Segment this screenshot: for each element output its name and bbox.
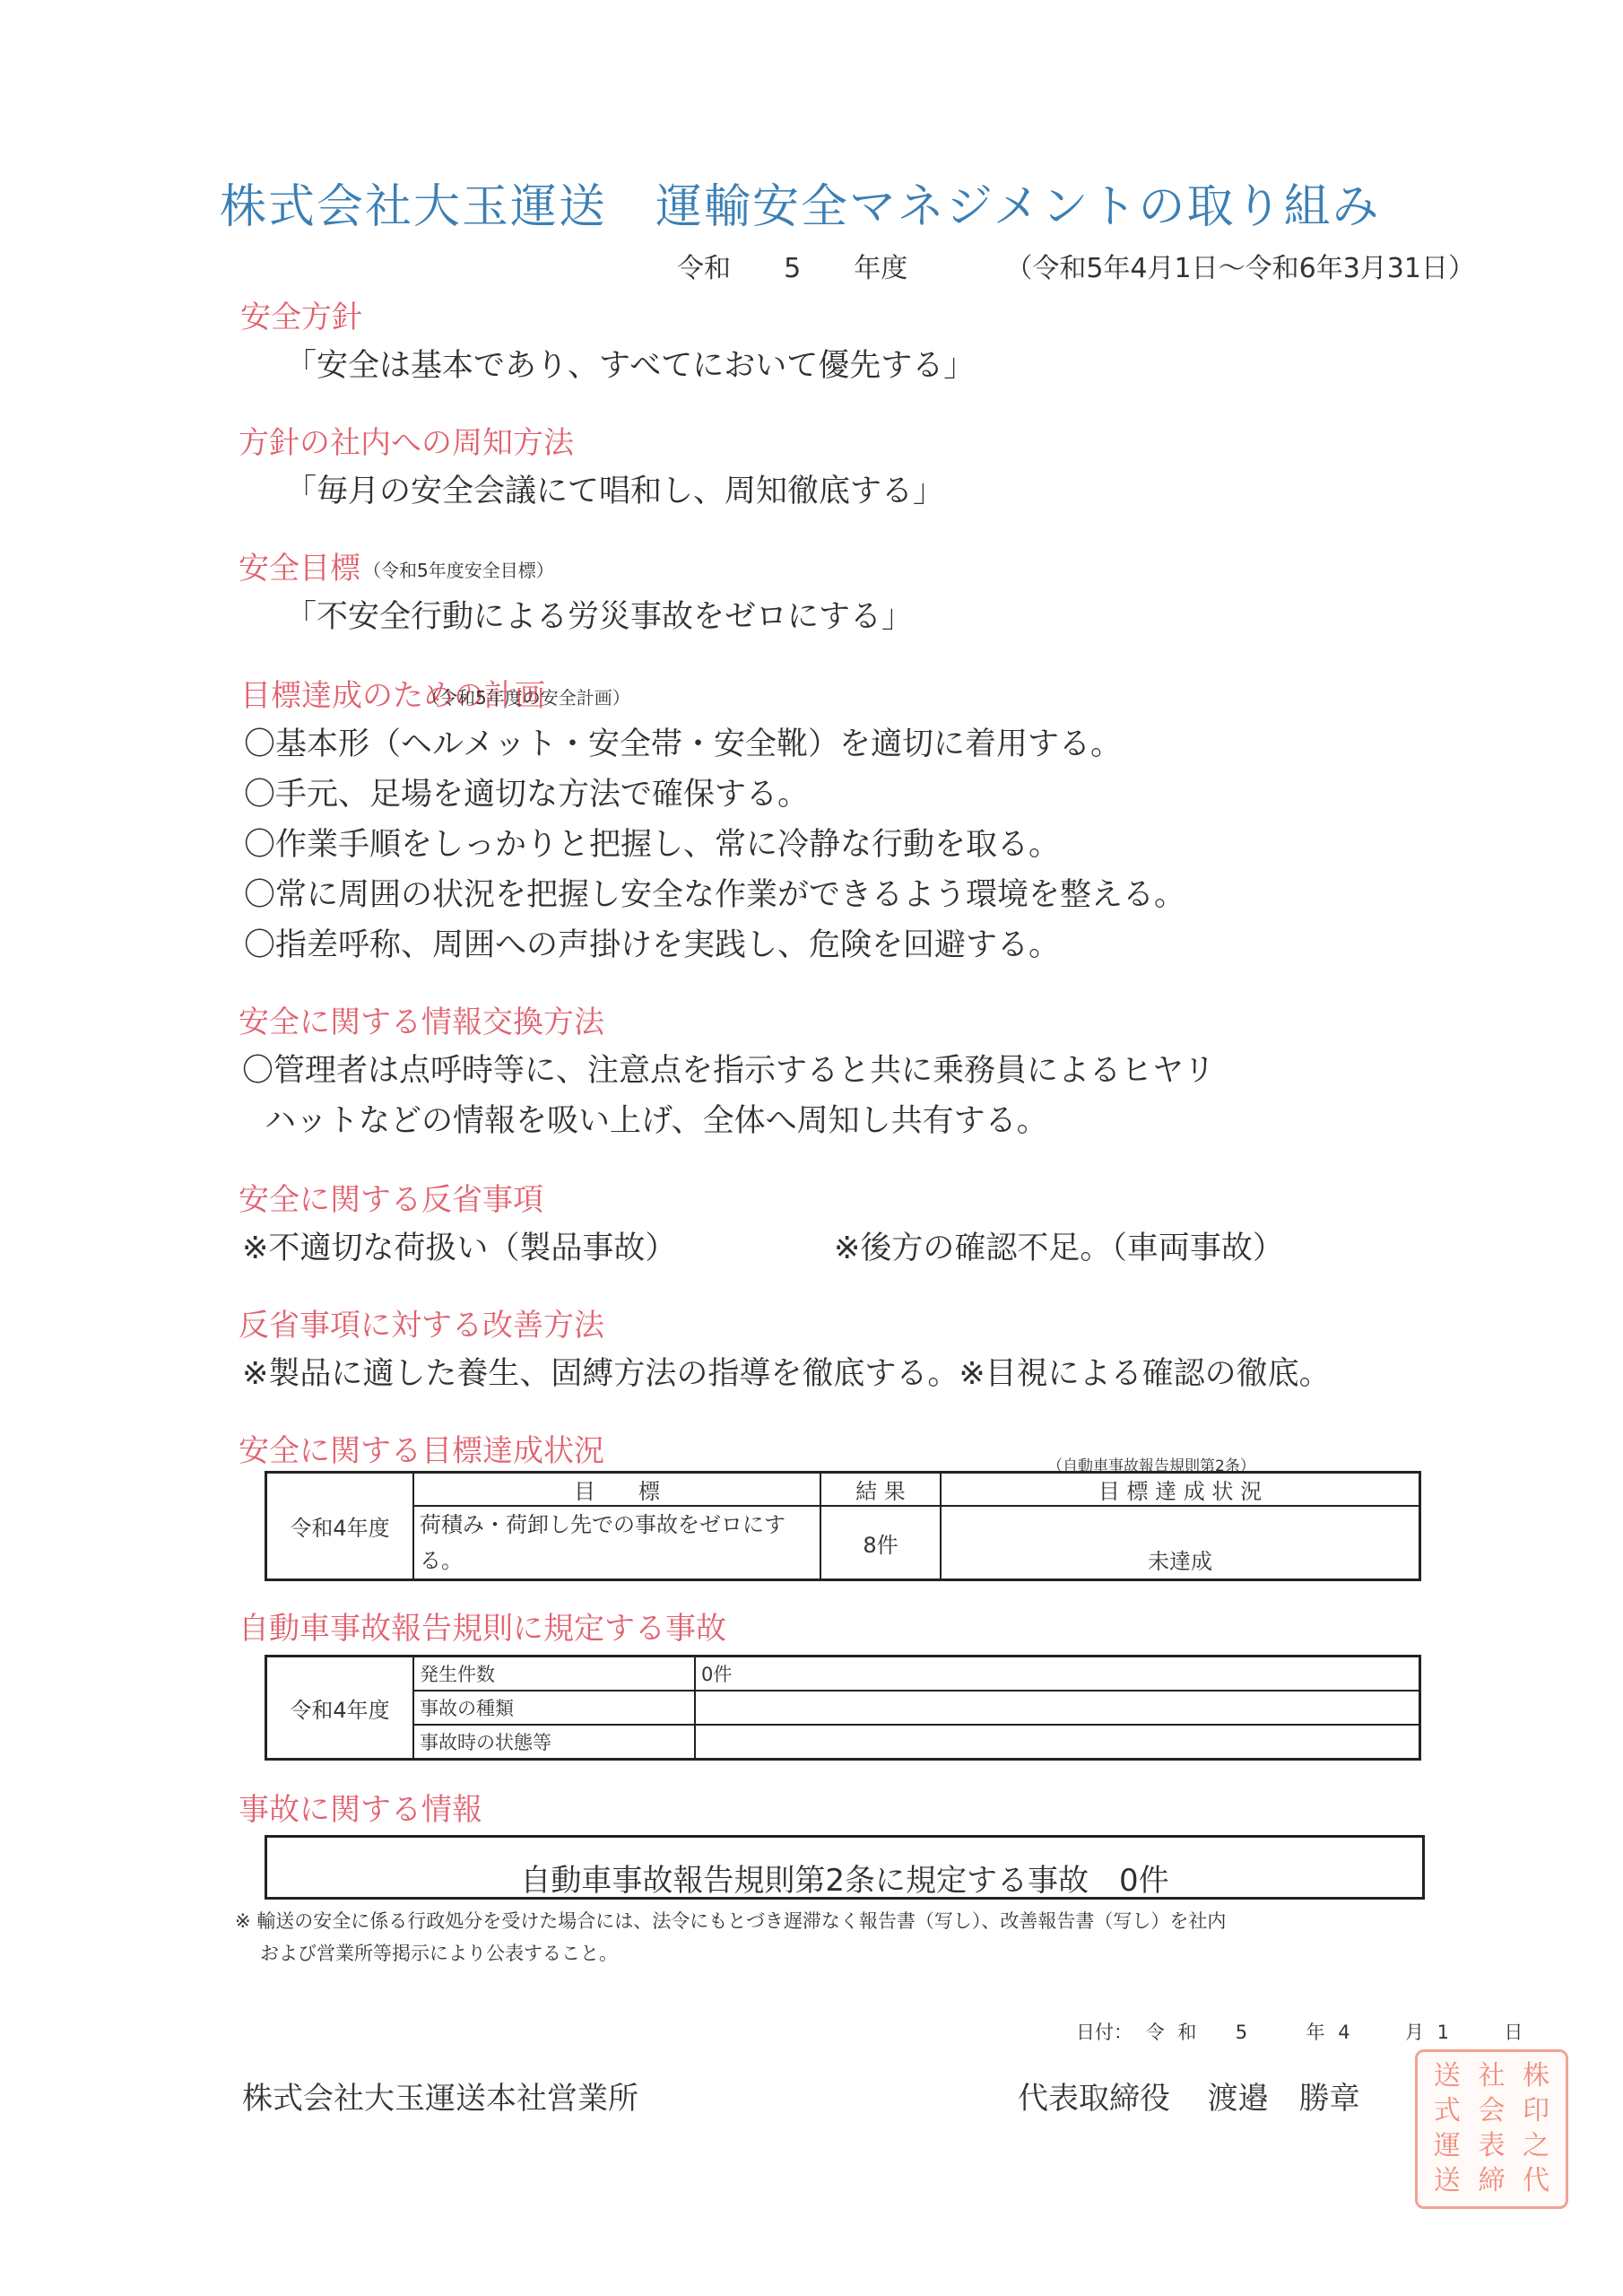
seal-icon: 送 社 株 式 会 印 運 表 之 送 締 代 (1425, 2059, 1558, 2199)
heading-safety-policy: 安全方針 (240, 292, 362, 336)
achievement-table: 令和4年度 目 標 結 果 目 標 達 成 状 況 荷積み・荷卸し先での事故をゼ… (265, 1471, 1421, 1581)
footnote-line2: および営業所等掲示により公表すること。 (260, 1939, 618, 1966)
safety-goal-text: 「不安全行動による労災事故をゼロにする」 (285, 592, 913, 637)
regulated-year: 令和4年度 (266, 1657, 414, 1760)
heading-safety-goal: 安全目標 (239, 544, 360, 587)
dissemination-text: 「毎月の安全会議にて唱和し、周知徹底する」 (285, 466, 944, 511)
representative-title: 代表取締役 (1018, 2081, 1170, 2117)
seal-char: 印 (1514, 2094, 1558, 2129)
row-label: 事故時の状態等 (413, 1725, 695, 1760)
seal-char: 送 (1425, 2059, 1470, 2094)
seal-char: 会 (1470, 2094, 1515, 2129)
safety-policy-text: 「安全は基本であり、すべてにおいて優先する」 (285, 341, 975, 386)
col-goal-header: 目 標 (413, 1473, 820, 1507)
company-seal-stamp: 送 社 株 式 会 印 運 表 之 送 締 代 (1415, 2049, 1568, 2209)
office-name: 株式会社大玉運送本社営業所 (242, 2074, 638, 2118)
result-cell: 8件 (820, 1506, 941, 1580)
document-title: 株式会社大玉運送 運輸安全マネジメントの取り組み (220, 169, 1380, 236)
seal-char: 運 (1425, 2129, 1470, 2164)
date-label: 日付： (1076, 2022, 1133, 2043)
seal-char: 送 (1425, 2164, 1470, 2199)
footnote-line1: ※ 輸送の安全に係る行政処分を受けた場合には、法令にもとづき遅滞なく報告書（写し… (235, 1907, 1226, 1934)
heading-info-exchange: 安全に関する情報交換方法 (239, 997, 604, 1041)
improvement-text: ※製品に適した養生、固縛方法の指導を徹底する。※目視による確認の徹底。 (242, 1349, 1331, 1394)
fiscal-period: （令和5年4月1日～令和6年3月31日） (1005, 253, 1475, 284)
row-value (695, 1691, 1420, 1725)
seal-char: 代 (1514, 2164, 1558, 2199)
date-month-unit: 月 (1405, 2022, 1424, 2043)
date-year-unit: 年 (1306, 2022, 1325, 2043)
date-day-unit: 日 (1504, 2022, 1523, 2043)
plan-item: 〇作業手順をしっかりと把握し、常に冷静な行動を取る。 (244, 820, 1060, 865)
fiscal-year-line: 令和 5 年度 （令和5年4月1日～令和6年3月31日） (677, 246, 1475, 285)
seal-char: 式 (1425, 2094, 1470, 2129)
goal-cell: 荷積み・荷卸し先での事故をゼロにする。 (413, 1506, 820, 1580)
reflection-item-1: ※不適切な荷扱い（製品事故） (242, 1223, 676, 1268)
heading-achievement: 安全に関する目標達成状況 (239, 1426, 604, 1470)
accident-info-box-text: 自動車事故報告規則第2条に規定する事故 0件 (520, 1856, 1168, 1900)
plan-note: （令和5年度の安全計画） (421, 683, 630, 709)
status-cell: 未達成 (941, 1506, 1420, 1580)
date-day: 1 (1437, 2022, 1449, 2043)
plan-item: 〇常に周囲の状況を把握し安全な作業ができるよう環境を整える。 (244, 870, 1185, 915)
heading-dissemination: 方針の社内への周知方法 (239, 418, 574, 462)
fiscal-year-suffix: 年度 (854, 253, 907, 284)
representative-name: 渡邉 勝章 (1208, 2081, 1360, 2117)
heading-reflection: 安全に関する反省事項 (239, 1175, 543, 1219)
representative: 代表取締役 渡邉 勝章 (1018, 2074, 1360, 2118)
seal-char: 締 (1470, 2164, 1515, 2199)
regulated-accidents-table: 令和4年度 発生件数 0件 事故の種類 事故時の状態等 (265, 1655, 1421, 1761)
row-value: 0件 (695, 1657, 1420, 1692)
heading-improvement: 反省事項に対する改善方法 (239, 1300, 604, 1344)
reflection-item-2: ※後方の確認不足。（車両事故） (834, 1223, 1284, 1268)
seal-char: 表 (1470, 2129, 1515, 2164)
seal-char: 株 (1514, 2059, 1558, 2094)
date-year: 5 (1236, 2022, 1247, 2043)
accident-info-box: 自動車事故報告規則第2条に規定する事故 0件 (265, 1835, 1425, 1900)
plan-item: 〇手元、足場を適切な方法で確保する。 (244, 770, 809, 814)
col-result-header: 結 果 (820, 1473, 941, 1507)
fiscal-year-prefix: 令和 (677, 253, 731, 284)
info-exchange-line2: ハットなどの情報を吸い上げ、全体へ周知し共有する。 (265, 1096, 1048, 1141)
plan-item: 〇基本形（ヘルメット・安全帯・安全靴）を適切に着用する。 (244, 719, 1122, 764)
seal-char: 社 (1470, 2059, 1515, 2094)
date-era: 令 和 (1146, 2022, 1197, 2043)
seal-char: 之 (1514, 2129, 1558, 2164)
row-label: 事故の種類 (413, 1691, 695, 1725)
col-status-header: 目 標 達 成 状 況 (941, 1473, 1420, 1507)
date-line: 日付： 令 和 5 年 4 月 1 日 (1076, 2018, 1523, 2045)
info-exchange-line1: 〇管理者は点呼時等に、注意点を指示すると共に乗務員によるヒヤリ (242, 1046, 1215, 1091)
heading-accident-info: 事故に関する情報 (239, 1785, 482, 1829)
safety-goal-note: （令和5年度安全目標） (363, 556, 554, 582)
achievement-year: 令和4年度 (266, 1473, 414, 1580)
plan-item: 〇指差呼称、周囲への声掛けを実践し、危険を回避する。 (244, 920, 1060, 965)
date-month: 4 (1338, 2022, 1350, 2043)
row-value (695, 1725, 1420, 1760)
heading-regulated-accidents: 自動車事故報告規則に規定する事故 (239, 1604, 726, 1648)
fiscal-year-value: 5 (784, 253, 801, 284)
row-label: 発生件数 (413, 1657, 695, 1692)
